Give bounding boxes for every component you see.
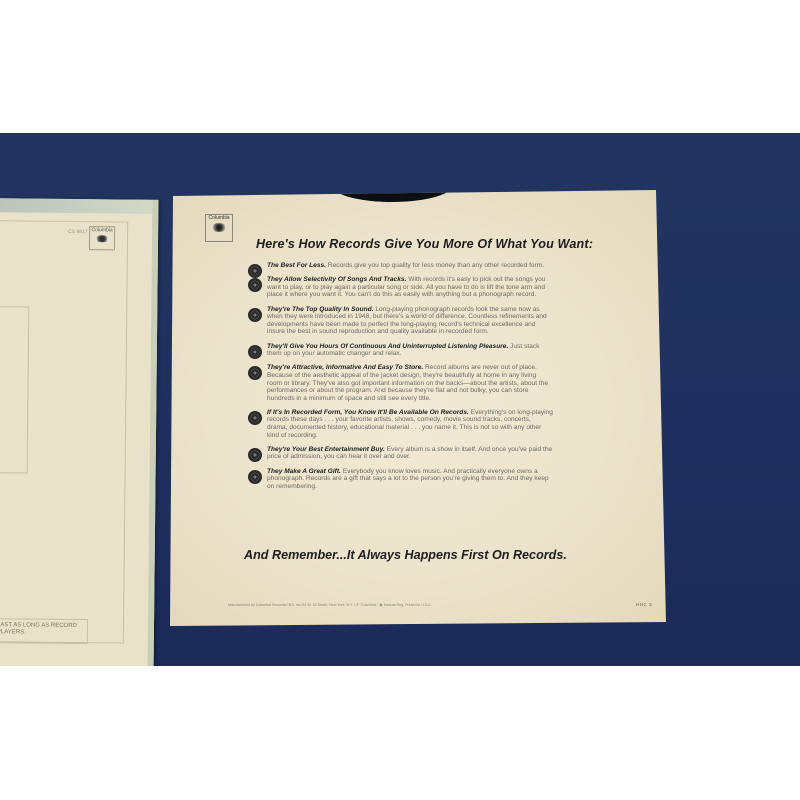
closing-slogan: And Remember...It Always Happens First O… [244,548,567,562]
benefit-item: They Make A Great Gift. Everybody you kn… [248,468,553,491]
benefit-item: They're Your Best Entertainment Buy. Eve… [248,446,553,461]
columbia-eye-icon [95,235,109,242]
record-disc-icon [248,278,262,292]
benefit-item: The Best For Less. Records give you top … [248,262,553,270]
jacket-logo-label: Columbia [92,227,113,233]
album-jacket: CS 9817 Columbia LAST AS LONG AS RECORD … [0,198,158,666]
columbia-eye-icon [211,223,227,232]
benefit-title: They Allow Selectivity Of Songs And Trac… [267,276,406,283]
benefit-item: They'll Give You Hours Of Continuous And… [248,343,553,358]
benefit-item: They Allow Selectivity Of Songs And Trac… [248,276,553,299]
benefit-title: They're Your Best Entertainment Buy. [267,446,385,453]
benefit-title: They're Attractive, Informative And Easy… [267,364,423,371]
record-disc-icon [248,366,262,380]
jacket-columbia-logo: Columbia [89,226,115,250]
record-disc-icon [248,308,262,322]
benefit-title: They're The Top Quality In Sound. [267,306,373,313]
sleeve-headline: Here's How Records Give You More Of What… [256,237,593,251]
white-margin [0,666,800,800]
columbia-logo: Columbia [205,214,233,242]
record-disc-icon [248,470,262,484]
jacket-catalog-number: CS 9817 [68,229,88,235]
photo: CS 9817 Columbia LAST AS LONG AS RECORD … [0,133,800,666]
benefit-body: Records give you top quality for less mo… [328,262,544,269]
logo-label: Columbia [206,215,232,222]
record-disc-icon [248,411,262,425]
record-peek [330,184,454,202]
benefit-title: If It's In Recorded Form, You Know It'll… [267,409,469,416]
jacket-edge [0,198,152,214]
benefit-item: They're The Top Quality In Sound. Long-p… [248,306,553,336]
jacket-bottom-text: LAST AS LONG AS RECORD PLAYERS. [0,618,88,644]
benefit-title: They'll Give You Hours Of Continuous And… [267,343,508,350]
benefit-item: They're Attractive, Informative And Easy… [248,364,553,402]
inner-sleeve: Columbia Here's How Records Give You Mor… [170,190,666,626]
jacket-inner-box [0,306,29,473]
benefit-title: They Make A Great Gift. [267,468,341,475]
sleeve-code: HHC 3 [636,602,652,607]
record-disc-icon [248,448,262,462]
benefit-title: The Best For Less. [267,262,326,269]
manufacturer-note: Manufactured by Columbia Records/CBS, In… [228,603,432,607]
record-disc-icon [248,345,262,359]
benefit-item: If It's In Recorded Form, You Know It'll… [248,409,553,439]
benefit-list: The Best For Less. Records give you top … [248,262,553,497]
